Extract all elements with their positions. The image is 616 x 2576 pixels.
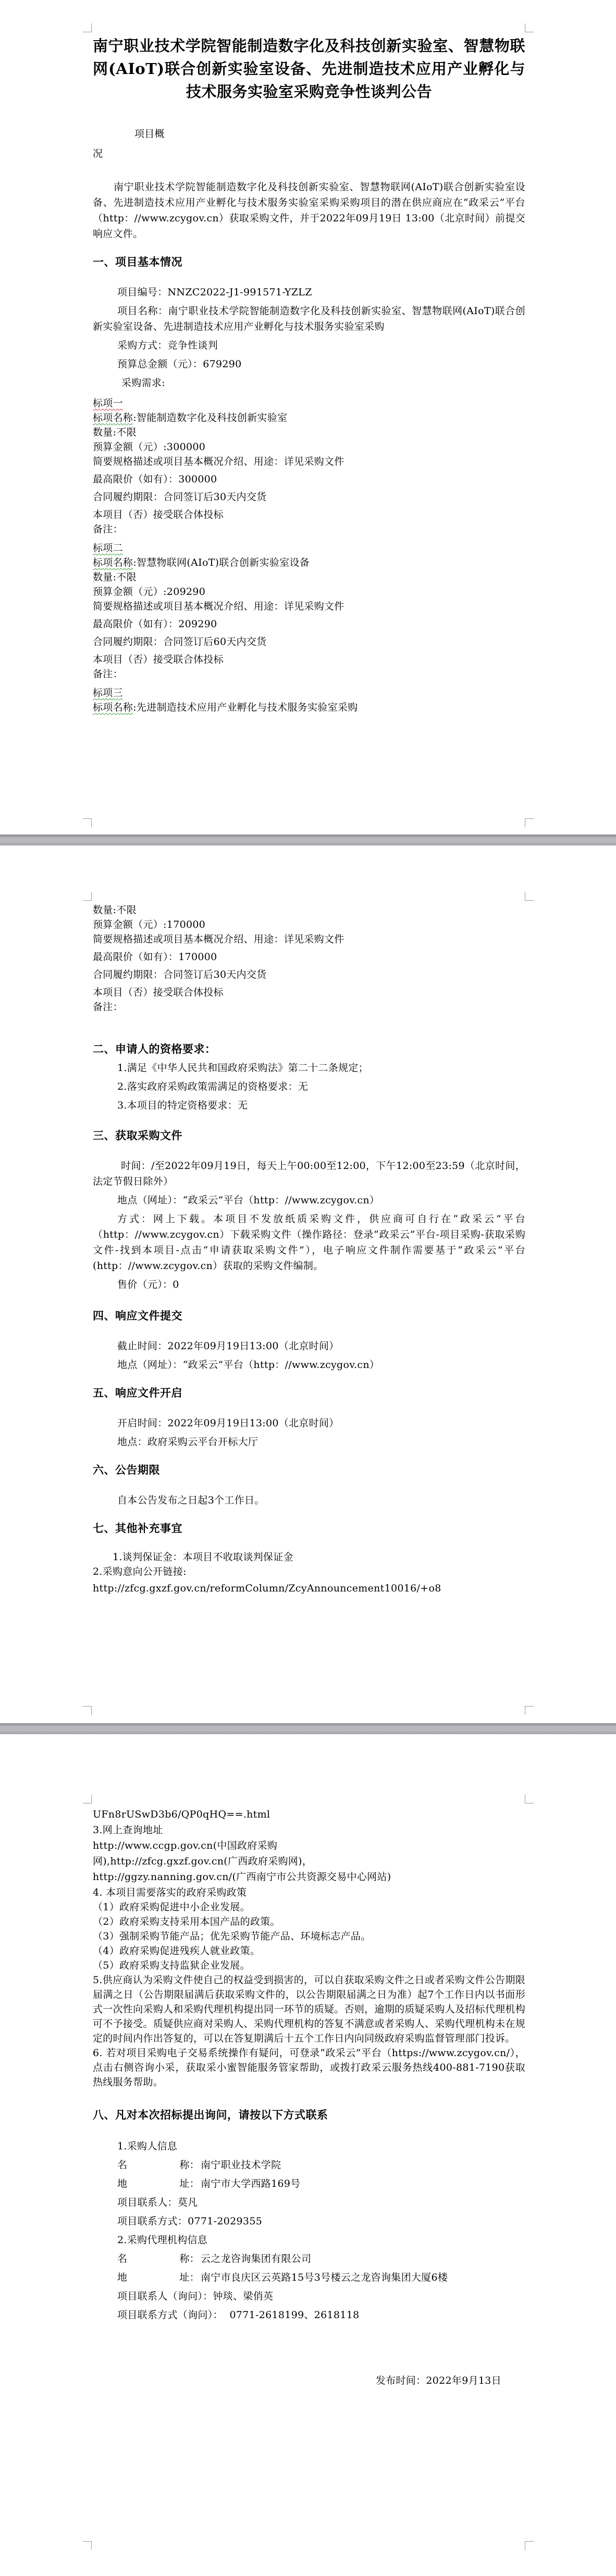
announcement-period: 自本公告发布之日起3个工作日。 <box>93 1492 525 1508</box>
lot-label: 标项二 <box>93 542 123 554</box>
page-corner-mark <box>525 1795 534 1803</box>
purchaser-address-row: 地址：南宁市大学西路169号 <box>93 2176 525 2192</box>
lot-2: 标项二 标项名称:智慧物联网(AIoT)联合创新实验室设备 数量:不限 预算金额… <box>93 541 525 681</box>
lot-quantity: 数量:不限 <box>93 570 525 584</box>
policy-item: （2）政府采购支持采用本国产品的政策。 <box>93 1914 525 1929</box>
section-3-heading: 三、获取采购文件 <box>93 1128 525 1143</box>
page-corner-mark <box>83 1795 92 1803</box>
section-6-heading: 六、公告期限 <box>93 1462 525 1478</box>
lot-remark: 备注： <box>93 667 525 681</box>
section-7-heading: 七、其他补充事宜 <box>93 1521 525 1536</box>
opening-time: 开启时间：2022年09月19日13:00（北京时间） <box>93 1415 525 1431</box>
help-notice: 6. 若对项目采购电子交易系统操作有疑问，可登录“政采云”平台（https://… <box>93 2046 525 2089</box>
lot-name-label: 标项名称 <box>93 557 133 568</box>
lot-consortium: 本项目（否）接受联合体投标 <box>93 985 525 1000</box>
page-corner-mark <box>525 1706 534 1715</box>
agency-address-row: 地址：南宁市良庆区云英路15号3号楼云之龙咨询集团大厦6楼 <box>93 2270 525 2285</box>
section-8-heading: 八、凡对本次招标提出询问，请按以下方式联系 <box>93 2107 525 2123</box>
section-2-heading: 二、申请人的资格要求： <box>93 1041 525 1057</box>
obtain-method: 方式：网上下载。本项目不发放纸质采购文件，供应商可自行在“政采云”平台（http… <box>93 1211 525 1274</box>
lot-term: 合同履约期限：合同签订后30天内交货 <box>93 967 525 982</box>
agency-address: 南宁市良庆区云英路15号3号楼云之龙咨询集团大厦6楼 <box>201 2272 448 2283</box>
lot-spec: 简要规格描述或项目基本概况介绍、用途：详见采购文件 <box>93 932 525 947</box>
label-char: 地 <box>117 2178 127 2189</box>
label-char: 地 <box>117 2272 127 2283</box>
lot-budget: 预算金额（元）:209290 <box>93 584 525 599</box>
page-corner-mark <box>83 23 92 32</box>
qualification-item: 3.本项目的特定资格要求：无 <box>93 1098 525 1113</box>
lot-3-continued: 数量:不限 预算金额（元）:170000 简要规格描述或项目基本概况介绍、用途：… <box>93 903 525 1014</box>
lot-term: 合同履约期限：合同签订后60天内交货 <box>93 634 525 649</box>
policy-label: 4. 本项目需要落实的政府采购政策 <box>93 1885 525 1900</box>
project-number: 项目编号：NNZC2022-J1-991571-YZLZ <box>93 284 525 300</box>
label-char: 称： <box>179 2159 200 2171</box>
document-page-1: 南宁职业技术学院智能制造数字化及科技创新实验室、智慧物联网(AIoT)联合创新实… <box>0 0 616 835</box>
challenge-notice: 5.供应商认为采购文件使自己的权益受到损害的，可以自获取采购文件之日或者采购文件… <box>93 1973 525 2046</box>
label-char: 名 <box>117 2159 127 2171</box>
agency-info-label: 2.采购代理机构信息 <box>93 2232 525 2248</box>
page-separator <box>0 835 616 845</box>
lot-name-label: 标项名称 <box>93 412 133 424</box>
query-address-label: 3.网上查询地址 <box>93 1823 525 1837</box>
policy-item: （3）强制采购节能产品；优先采购节能产品、环境标志产品。 <box>93 1929 525 1944</box>
purchaser-phone: 项目联系方式：0771-2029355 <box>93 2213 525 2229</box>
lot-1: 标项一 标项名称:智能制造数字化及科技创新实验室 数量:不限 预算金额（元）:3… <box>93 396 525 537</box>
document-title: 南宁职业技术学院智能制造数字化及科技创新实验室、智慧物联网(AIoT)联合创新实… <box>93 34 525 103</box>
page-corner-mark <box>525 23 534 32</box>
lot-max-price: 最高限价（如有）：300000 <box>93 472 525 487</box>
section-4-heading: 四、响应文件提交 <box>93 1308 525 1324</box>
page-corner-mark <box>83 1706 92 1715</box>
purchaser-name: 南宁职业技术学院 <box>201 2159 281 2171</box>
agency-name-row: 名称：云之龙咨询集团有限公司 <box>93 2251 525 2267</box>
page-corner-mark <box>525 818 534 827</box>
lot-quantity: 数量:不限 <box>93 425 525 440</box>
lot-remark: 备注： <box>93 522 525 537</box>
page-corner-mark <box>83 892 92 901</box>
opening-place: 地点：政府采购云平台开标大厅 <box>93 1434 525 1450</box>
section-5-heading: 五、响应文件开启 <box>93 1385 525 1401</box>
publish-date: 发布时间：2022年9月13日 <box>93 2373 525 2388</box>
purchaser-name-row: 名称：南宁职业技术学院 <box>93 2157 525 2173</box>
project-name: 项目名称：南宁职业技术学院智能制造数字化及科技创新实验室、智慧物联网(AIoT)… <box>93 303 525 334</box>
query-link-gxzf[interactable]: 网),http://zfcg.gxzf.gov.cn(广西政府采购网)， <box>93 1854 525 1869</box>
lot-budget: 预算金额（元）:170000 <box>93 917 525 932</box>
query-link-ccgp[interactable]: http://www.ccgp.gov.cn(中国政府采购 <box>93 1838 525 1853</box>
lot-term: 合同履约期限：合同签订后30天内交货 <box>93 490 525 504</box>
lot-name: :智慧物联网(AIoT)联合创新实验室设备 <box>133 557 310 568</box>
purchaser-info-label: 1.采购人信息 <box>93 2138 525 2154</box>
procurement-method: 采购方式：竞争性谈判 <box>93 338 525 353</box>
agency-name: 云之龙咨询集团有限公司 <box>201 2253 311 2264</box>
page-corner-mark <box>83 818 92 827</box>
lot-consortium: 本项目（否）接受联合体投标 <box>93 652 525 667</box>
lot-3: 标项三 标项名称:先进制造技术应用产业孵化与技术服务实验室采购 <box>93 686 525 715</box>
obtain-time: 时间：/至2022年09月19日，每天上午00:00至12:00，下午12:00… <box>93 1158 525 1189</box>
document-price: 售价（元）：0 <box>93 1277 525 1292</box>
negotiation-deposit: 1.谈判保证金：本项目不收取谈判保证金 <box>93 1550 525 1564</box>
lot-name-label: 标项名称 <box>93 702 133 713</box>
purchaser-address: 南宁市大学西路169号 <box>201 2178 301 2189</box>
query-link-ggzy[interactable]: http://ggzy.nanning.gov.cn/(广西南宁市公共资源交易中… <box>93 1870 525 1884</box>
overview-label: 项目概 <box>93 126 525 142</box>
policy-item: （4）政府采购促进残疾人就业政策。 <box>93 1944 525 1958</box>
lot-remark: 备注： <box>93 1000 525 1014</box>
lot-budget: 预算金额（元）:300000 <box>93 440 525 454</box>
obtain-place: 地点（网址）：“政采云”平台（http：//www.zcygov.cn） <box>93 1192 525 1208</box>
label-char: 名 <box>117 2253 127 2264</box>
submission-deadline: 截止时间：2022年09月19日13:00（北京时间） <box>93 1338 525 1354</box>
lot-spec: 简要规格描述或项目基本概况介绍、用途：详见采购文件 <box>93 599 525 614</box>
agency-contact: 项目联系人（询问）：钟琰、梁俏英 <box>93 2288 525 2304</box>
overview-text: 南宁职业技术学院智能制造数字化及科技创新实验室、智慧物联网(AIoT)联合创新实… <box>93 179 525 242</box>
lot-max-price: 最高限价（如有）：170000 <box>93 950 525 964</box>
lot-consortium: 本项目（否）接受联合体投标 <box>93 507 525 522</box>
submission-place: 地点（网址）：“政采云”平台（http：//www.zcygov.cn） <box>93 1357 525 1373</box>
qualification-item: 2.落实政府采购政策需满足的资格要求：无 <box>93 1079 525 1094</box>
overview-label-wrap: 况 <box>93 146 525 161</box>
lot-max-price: 最高限价（如有）：209290 <box>93 617 525 631</box>
lot-quantity: 数量:不限 <box>93 903 525 917</box>
label-char: 称： <box>179 2253 200 2264</box>
lot-spec: 简要规格描述或项目基本概况介绍、用途：详见采购文件 <box>93 454 525 469</box>
intent-link-url[interactable]: http://zfcg.gxzf.gov.cn/reformColumn/Zcy… <box>93 1581 525 1596</box>
label-char: 址： <box>179 2178 200 2189</box>
document-page-2: 数量:不限 预算金额（元）:170000 简要规格描述或项目基本概况介绍、用途：… <box>0 845 616 1723</box>
label-char: 址： <box>179 2272 200 2283</box>
procurement-demand-label: 采购需求: <box>93 375 525 391</box>
qualification-item: 1.满足《中华人民共和国政府采购法》第二十二条规定； <box>93 1060 525 1076</box>
intent-link-label: 2.采购意向公开链接: <box>93 1564 525 1579</box>
lot-label: 标项一 <box>93 397 123 409</box>
lot-label: 标项三 <box>93 687 123 699</box>
intent-link-url-continued[interactable]: UFn8rUSwD3b6/QP0qHQ==.html <box>93 1807 525 1822</box>
page-corner-mark <box>525 892 534 901</box>
page-corner-mark <box>83 2541 92 2550</box>
purchaser-contact: 项目联系人：莫凡 <box>93 2195 525 2210</box>
page-separator <box>0 1723 616 1734</box>
policy-item: （1）政府采购促进中小企业发展。 <box>93 1900 525 1914</box>
page-corner-mark <box>525 2541 534 2550</box>
budget-total: 预算总金额（元）：679290 <box>93 356 525 372</box>
policy-item: （5）政府采购支持监狱企业发展。 <box>93 1958 525 1973</box>
document-page-3: UFn8rUSwD3b6/QP0qHQ==.html 3.网上查询地址 http… <box>0 1734 616 2576</box>
section-1-heading: 一、项目基本情况 <box>93 254 525 270</box>
agency-phone: 项目联系方式（询问）： 0771-2618199、2618118 <box>93 2307 525 2323</box>
lot-name: :先进制造技术应用产业孵化与技术服务实验室采购 <box>133 702 358 713</box>
lot-name: :智能制造数字化及科技创新实验室 <box>133 412 287 424</box>
